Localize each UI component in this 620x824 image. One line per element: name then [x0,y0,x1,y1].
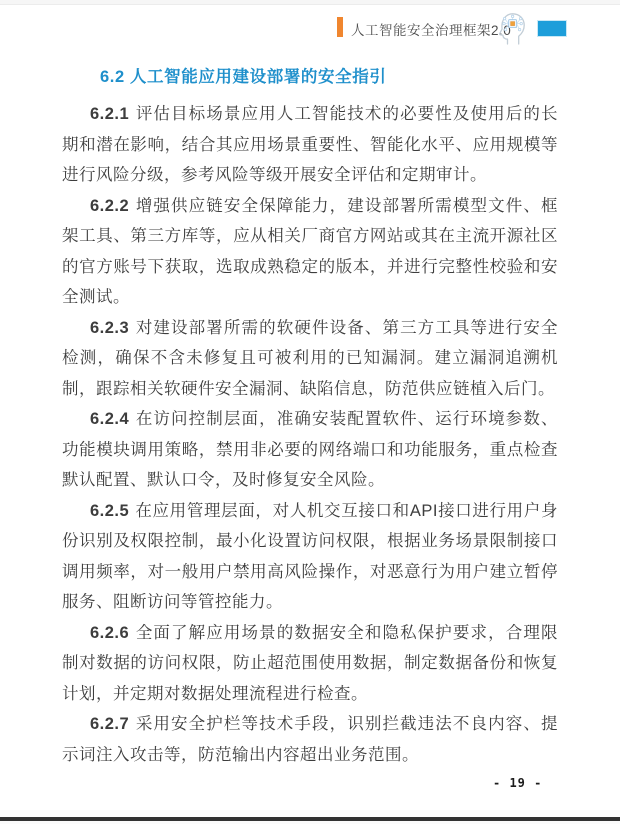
paragraph-number: 6.2.5 [90,502,129,520]
paragraph-text: 在访问控制层面，准确安装配置软件、运行环境参数、功能模块调用策略，禁用非必要的网… [62,410,558,489]
paragraph-6-2-1: 6.2.1评估目标场景应用人工智能技术的必要性及使用后的长期和潜在影响，结合其应… [62,99,558,191]
paragraph-number: 6.2.2 [90,197,129,215]
paragraph-text: 对建设部署所需的软硬件设备、第三方工具等进行安全检测，确保不含未修复且可被利用的… [62,319,558,398]
paragraph-text: 在应用管理层面，对人机交互接口和API接口进行用户身份识别及权限控制，最小化设置… [62,502,558,612]
paragraph-6-2-3: 6.2.3对建设部署所需的软硬件设备、第三方工具等进行安全检测，确保不含未修复且… [62,313,558,405]
paragraph-number: 6.2.4 [90,410,129,428]
paragraph-number: 6.2.7 [90,715,129,733]
paragraph-text: 全面了解应用场景的数据安全和隐私保护要求，合理限制对数据的访问权限，防止超范围使… [62,624,558,703]
paragraph-6-2-5: 6.2.5在应用管理层面，对人机交互接口和API接口进行用户身份识别及权限控制，… [62,496,558,618]
paragraph-text: 采用安全护栏等技术手段，识别拦截违法不良内容、提示词注入攻击等，防范输出内容超出… [62,715,558,764]
section-heading: 6.2 人工智能应用建设部署的安全指引 [100,63,386,87]
paragraph-number: 6.2.3 [90,319,129,337]
page-top-edge [0,0,620,5]
paragraph-number: 6.2.1 [90,105,129,123]
document-body: 6.2.1评估目标场景应用人工智能技术的必要性及使用后的长期和潜在影响，结合其应… [62,99,558,770]
header-accent-bar [337,17,343,37]
paragraph-6-2-2: 6.2.2增强供应链安全保障能力，建设部署所需模型文件、框架工具、第三方库等，应… [62,191,558,313]
page-number: - 19 - [493,776,542,790]
header-blue-badge [537,20,567,37]
paragraph-6-2-7: 6.2.7采用安全护栏等技术手段，识别拦截违法不良内容、提示词注入攻击等，防范输… [62,709,558,770]
paragraph-text: 增强供应链安全保障能力，建设部署所需模型文件、框架工具、第三方库等，应从相关厂商… [62,197,558,307]
paragraph-number: 6.2.6 [90,624,129,642]
paragraph-text: 评估目标场景应用人工智能技术的必要性及使用后的长期和潜在影响，结合其应用场景重要… [62,105,558,184]
paragraph-6-2-6: 6.2.6全面了解应用场景的数据安全和隐私保护要求，合理限制对数据的访问权限，防… [62,618,558,710]
paragraph-6-2-4: 6.2.4在访问控制层面，准确安装配置软件、运行环境参数、功能模块调用策略，禁用… [62,404,558,496]
header-title: 人工智能安全治理框架2.0 [351,19,511,39]
head-with-chip-icon [495,10,530,46]
